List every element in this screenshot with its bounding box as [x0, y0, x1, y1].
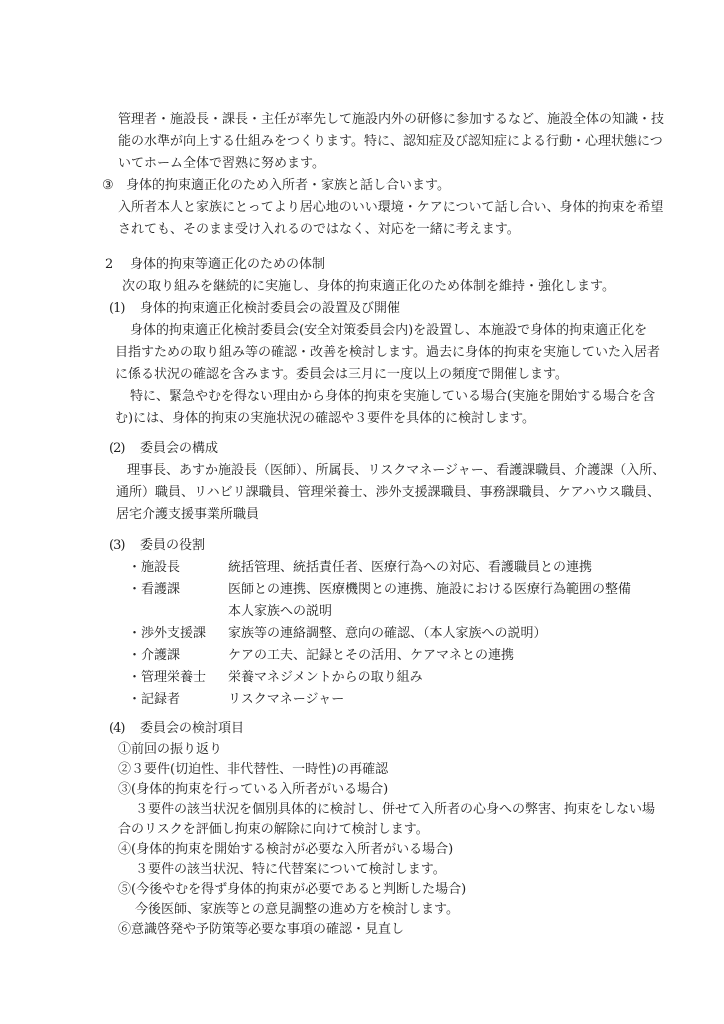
review-item: ⑤(今後やむを得ず身体的拘束が必要であると判断した場合)	[118, 880, 666, 900]
intro-paragraph: 管理者・施設長・課長・主任が率先して施設内外の研修に参加するなど、施設全体の知識…	[100, 109, 666, 175]
review-item-detail: ３要件の該当状況を個別具体的に検討し、併せて入所者の心身への弊害、拘束をしない場	[118, 800, 666, 820]
role-row-continuation: 本人家族への説明	[128, 601, 666, 623]
role-description: 栄養マネジメントからの取り組み	[228, 670, 423, 685]
review-item-detail: 今後医師、家族等との意見調整の進め方を検討します。	[118, 900, 666, 920]
role-description: 医師との連携、医療機関との連携、施設における医療行為範囲の整備	[228, 582, 631, 597]
subsection-2-title: 委員会の構成	[140, 441, 218, 456]
section-2-lead: 次の取り組みを継続的に実施し、身体的拘束適正化のため体制を維持・強化します。	[122, 276, 666, 298]
paragraph-line: されても、そのまま受け入れるのではなく、対応を一緒に考えます。	[118, 219, 666, 241]
subsection-4-heading: (4)委員会の検討項目	[109, 718, 666, 740]
review-item-detail: 合のリスクを評価し拘束の解除に向けて検討します。	[118, 820, 666, 840]
subsection-4-title: 委員会の検討項目	[140, 721, 244, 736]
role-name: ・看護課	[128, 579, 228, 601]
role-name: ・記録者	[128, 689, 228, 711]
subsection-1-paragraph-2: 特に、緊急やむを得ない理由から身体的拘束を実施している場合(実施を開始する場合を…	[100, 386, 666, 430]
role-name: ・介護課	[128, 645, 228, 667]
role-row: ・渉外支援課家族等の連絡調整、意向の確認、（本人家族への説明）	[128, 623, 666, 645]
subsection-1-paragraph-1: 身体的拘束適正化検討委員会(安全対策委員会内)を設置し、本施設で身体的拘束適正化…	[100, 320, 666, 386]
paragraph-line: 入所者本人と家族にとってより居心地のいい環境・ケアについて話し合い、身体的拘束を…	[118, 197, 666, 219]
paragraph-line: 特に、緊急やむを得ない理由から身体的拘束を実施している場合(実施を開始する場合を…	[130, 386, 666, 408]
role-description: ケアの工夫、記録とその活用、ケアマネとの連携	[228, 648, 514, 663]
section-title: 身体的拘束等適正化のための体制	[130, 257, 325, 272]
role-description: リスクマネージャー	[228, 692, 344, 707]
committee-members-paragraph: 理事長、あすか施設長（医師）、所属長、リスクマネージャー、看護課職員、介護課（入…	[100, 460, 666, 526]
subsection-3: (3)委員の役割 ・施設長統括管理、統括責任者、医療行為への対応、看護職員との連…	[100, 535, 666, 711]
circled-number-3-marker: ③	[102, 175, 126, 197]
section-2: 2身体的拘束等適正化のための体制 次の取り組みを継続的に実施し、身体的拘束適正化…	[100, 254, 666, 940]
list-item-3-body: 入所者本人と家族にとってより居心地のいい環境・ケアについて話し合い、身体的拘束を…	[100, 197, 666, 241]
role-row: ・記録者リスクマネージャー	[128, 689, 666, 711]
list-item-3-title: 身体的拘束適正化のため入所者・家族と話し合います。	[126, 178, 450, 193]
document-page: 管理者・施設長・課長・主任が率先して施設内外の研修に参加するなど、施設全体の知識…	[0, 0, 724, 1024]
paragraph-line: 身体的拘束適正化検討委員会(安全対策委員会内)を設置し、本施設で身体的拘束適正化…	[130, 320, 666, 342]
paragraph-line: む)には、身体的拘束の実施状況の確認や３要件を具体的に検討します。	[115, 408, 666, 430]
subsection-1-marker: (1)	[109, 298, 140, 320]
subsection-2-heading: (2)委員会の構成	[109, 438, 666, 460]
role-name: ・施設長	[128, 557, 228, 579]
review-item: ③(身体的拘束を行っている入所者がいる場合)	[118, 780, 666, 800]
review-item: ④(身体的拘束を開始する検討が必要な入所者がいる場合)	[118, 840, 666, 860]
paragraph-line: 理事長、あすか施設長（医師）、所属長、リスクマネージャー、看護課職員、介護課（入…	[127, 460, 666, 482]
subsection-3-marker: (3)	[109, 535, 140, 557]
paragraph-line: 通所）職員、リハビリ課職員、管理栄養士、渉外支援課職員、事務課職員、ケアハウス職…	[116, 482, 666, 504]
paragraph-line: 目指すための取り組み等の確認・改善を検討します。過去に身体的拘束を実施していた入…	[115, 342, 666, 364]
role-row: ・看護課医師との連携、医療機関との連携、施設における医療行為範囲の整備	[128, 579, 666, 601]
review-item: ①前回の振り返り	[118, 740, 666, 760]
review-item-detail: ３要件の該当状況、特に代替案について検討します。	[118, 860, 666, 880]
paragraph-line: 能の水準が向上する仕組みをつくります。特に、認知症及び認知症による行動・心理状態…	[118, 131, 666, 153]
list-item-3-heading: ③身体的拘束適正化のため入所者・家族と話し合います。	[102, 175, 666, 197]
review-items-list: ①前回の振り返り ②３要件(切迫性、非代替性、一時性)の再確認 ③(身体的拘束を…	[118, 740, 666, 940]
subsection-2: (2)委員会の構成 理事長、あすか施設長（医師）、所属長、リスクマネージャー、看…	[100, 438, 666, 526]
role-description: 本人家族への説明	[228, 604, 332, 619]
role-description: 家族等の連絡調整、意向の確認、（本人家族への説明）	[228, 626, 547, 641]
section-2-heading: 2身体的拘束等適正化のための体制	[100, 254, 666, 276]
paragraph-line: に係る状況の確認を含みます。委員会は三月に一度以上の頻度で開催します。	[115, 364, 666, 386]
subsection-1-heading: (1)身体的拘束適正化検討委員会の設置及び開催	[109, 298, 666, 320]
review-item: ②３要件(切迫性、非代替性、一時性)の再確認	[118, 760, 666, 780]
subsection-4: (4)委員会の検討項目 ①前回の振り返り ②３要件(切迫性、非代替性、一時性)の…	[100, 718, 666, 940]
subsection-3-heading: (3)委員の役割	[109, 535, 666, 557]
paragraph-line: いてホーム全体で習熟に努めます。	[118, 153, 666, 175]
subsection-1-title: 身体的拘束適正化検討委員会の設置及び開催	[140, 301, 400, 316]
role-description: 統括管理、統括責任者、医療行為への対応、看護職員との連携	[228, 560, 592, 575]
role-name: ・渉外支援課	[128, 623, 228, 645]
role-row: ・施設長統括管理、統括責任者、医療行為への対応、看護職員との連携	[128, 557, 666, 579]
subsection-2-marker: (2)	[109, 438, 140, 460]
role-name: ・管理栄養士	[128, 667, 228, 689]
section-number: 2	[105, 254, 130, 276]
paragraph-line: 管理者・施設長・課長・主任が率先して施設内外の研修に参加するなど、施設全体の知識…	[118, 109, 666, 131]
subsection-3-title: 委員の役割	[140, 538, 205, 553]
role-row: ・介護課ケアの工夫、記録とその活用、ケアマネとの連携	[128, 645, 666, 667]
review-item: ⑥意識啓発や予防策等必要な事項の確認・見直し	[118, 920, 666, 940]
paragraph-line: 居宅介護支援事業所職員	[116, 504, 666, 526]
roles-list: ・施設長統括管理、統括責任者、医療行為への対応、看護職員との連携 ・看護課医師と…	[128, 557, 666, 711]
subsection-4-marker: (4)	[109, 718, 140, 740]
role-row: ・管理栄養士栄養マネジメントからの取り組み	[128, 667, 666, 689]
